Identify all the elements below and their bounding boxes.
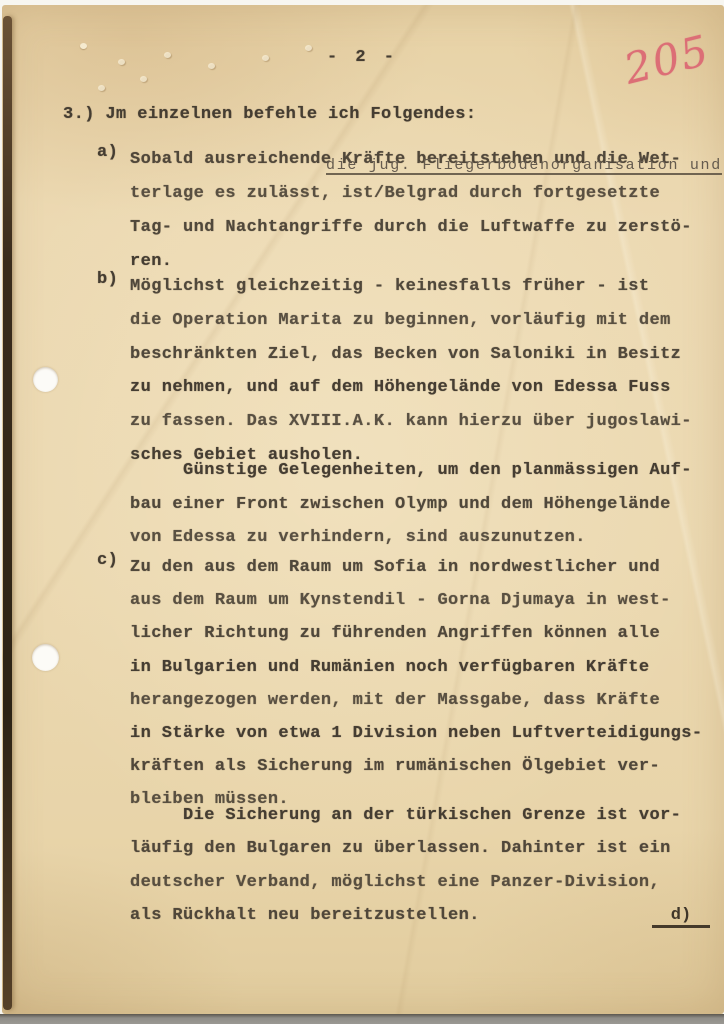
text-line: die Operation Marita zu beginnen, vorläu…: [130, 304, 724, 338]
text-line: herangezogen werden, mit der Massgabe, d…: [130, 684, 724, 717]
section-b-label: b): [97, 270, 118, 289]
section-b: b) Möglichst gleichzeitig - keinesfalls …: [130, 270, 724, 473]
catchword-next-section: d): [652, 906, 710, 928]
text-line: bau einer Front zwischen Olymp und dem H…: [130, 488, 724, 522]
text-line: zu nehmen, und auf dem Höhengelände von …: [130, 371, 724, 405]
paragraph-sicherung: Die Sicherung an der türkischen Grenze i…: [130, 799, 724, 932]
section-a-label: a): [97, 143, 118, 162]
text-line: Zu den aus dem Raum um Sofia in nordwest…: [130, 551, 724, 584]
text-line: beschränkten Ziel, das Becken von Saloni…: [130, 338, 724, 372]
archive-folio-number: 205: [619, 25, 714, 93]
text-line: Die Sicherung an der türkischen Grenze i…: [130, 799, 724, 832]
text-line: licher Richtung zu führenden Angriffen k…: [130, 617, 724, 650]
text-line: Möglichst gleichzeitig - keinesfalls frü…: [130, 270, 724, 304]
text-line: von Edessa zu verhindern, sind auszunutz…: [130, 521, 724, 555]
punch-hole-bottom: [32, 644, 59, 671]
text-line: in Stärke von etwa 1 Division neben Luft…: [130, 717, 724, 750]
text-line: terlage es zulässt, ist/Belgrad durch fo…: [130, 177, 724, 211]
punch-hole-top: [33, 367, 58, 392]
text-line: läufig den Bulgaren zu überlassen. Dahin…: [130, 832, 724, 865]
text-line: zu fassen. Das XVIII.A.K. kann hierzu üb…: [130, 405, 724, 439]
scan-edge-shadow-left: [3, 16, 12, 1010]
emboss-marks: [80, 43, 87, 49]
text-line: in Bulgarien und Rumänien noch verfügbar…: [130, 651, 724, 684]
paragraph-guenstige: Günstige Gelegenheiten, um den planmässi…: [130, 454, 724, 555]
order-heading: 3.) Jm einzelnen befehle ich Folgendes:: [63, 105, 476, 124]
text-line: Tag- und Nachtangriffe durch die Luftwaf…: [130, 211, 724, 245]
section-c-label: c): [97, 551, 118, 570]
scan-edge-bottom: [0, 1014, 724, 1024]
page-number: - 2 -: [327, 48, 398, 67]
typed-insertion-line: die jug. Fliegerbodenorganisation und: [326, 157, 722, 174]
text-line: aus dem Raum um Kynstendil - Gorna Djuma…: [130, 584, 724, 617]
text-line: kräften als Sicherung im rumänischen Ölg…: [130, 750, 724, 783]
document-page: - 2 - 205 3.) Jm einzelnen befehle ich F…: [2, 5, 724, 1014]
text-line: Günstige Gelegenheiten, um den planmässi…: [130, 454, 724, 488]
section-c: c) Zu den aus dem Raum um Sofia in nordw…: [130, 551, 724, 817]
text-line: als Rückhalt neu bereitzustellen.: [130, 899, 724, 932]
text-line: deutscher Verband, möglichst eine Panzer…: [130, 866, 724, 899]
